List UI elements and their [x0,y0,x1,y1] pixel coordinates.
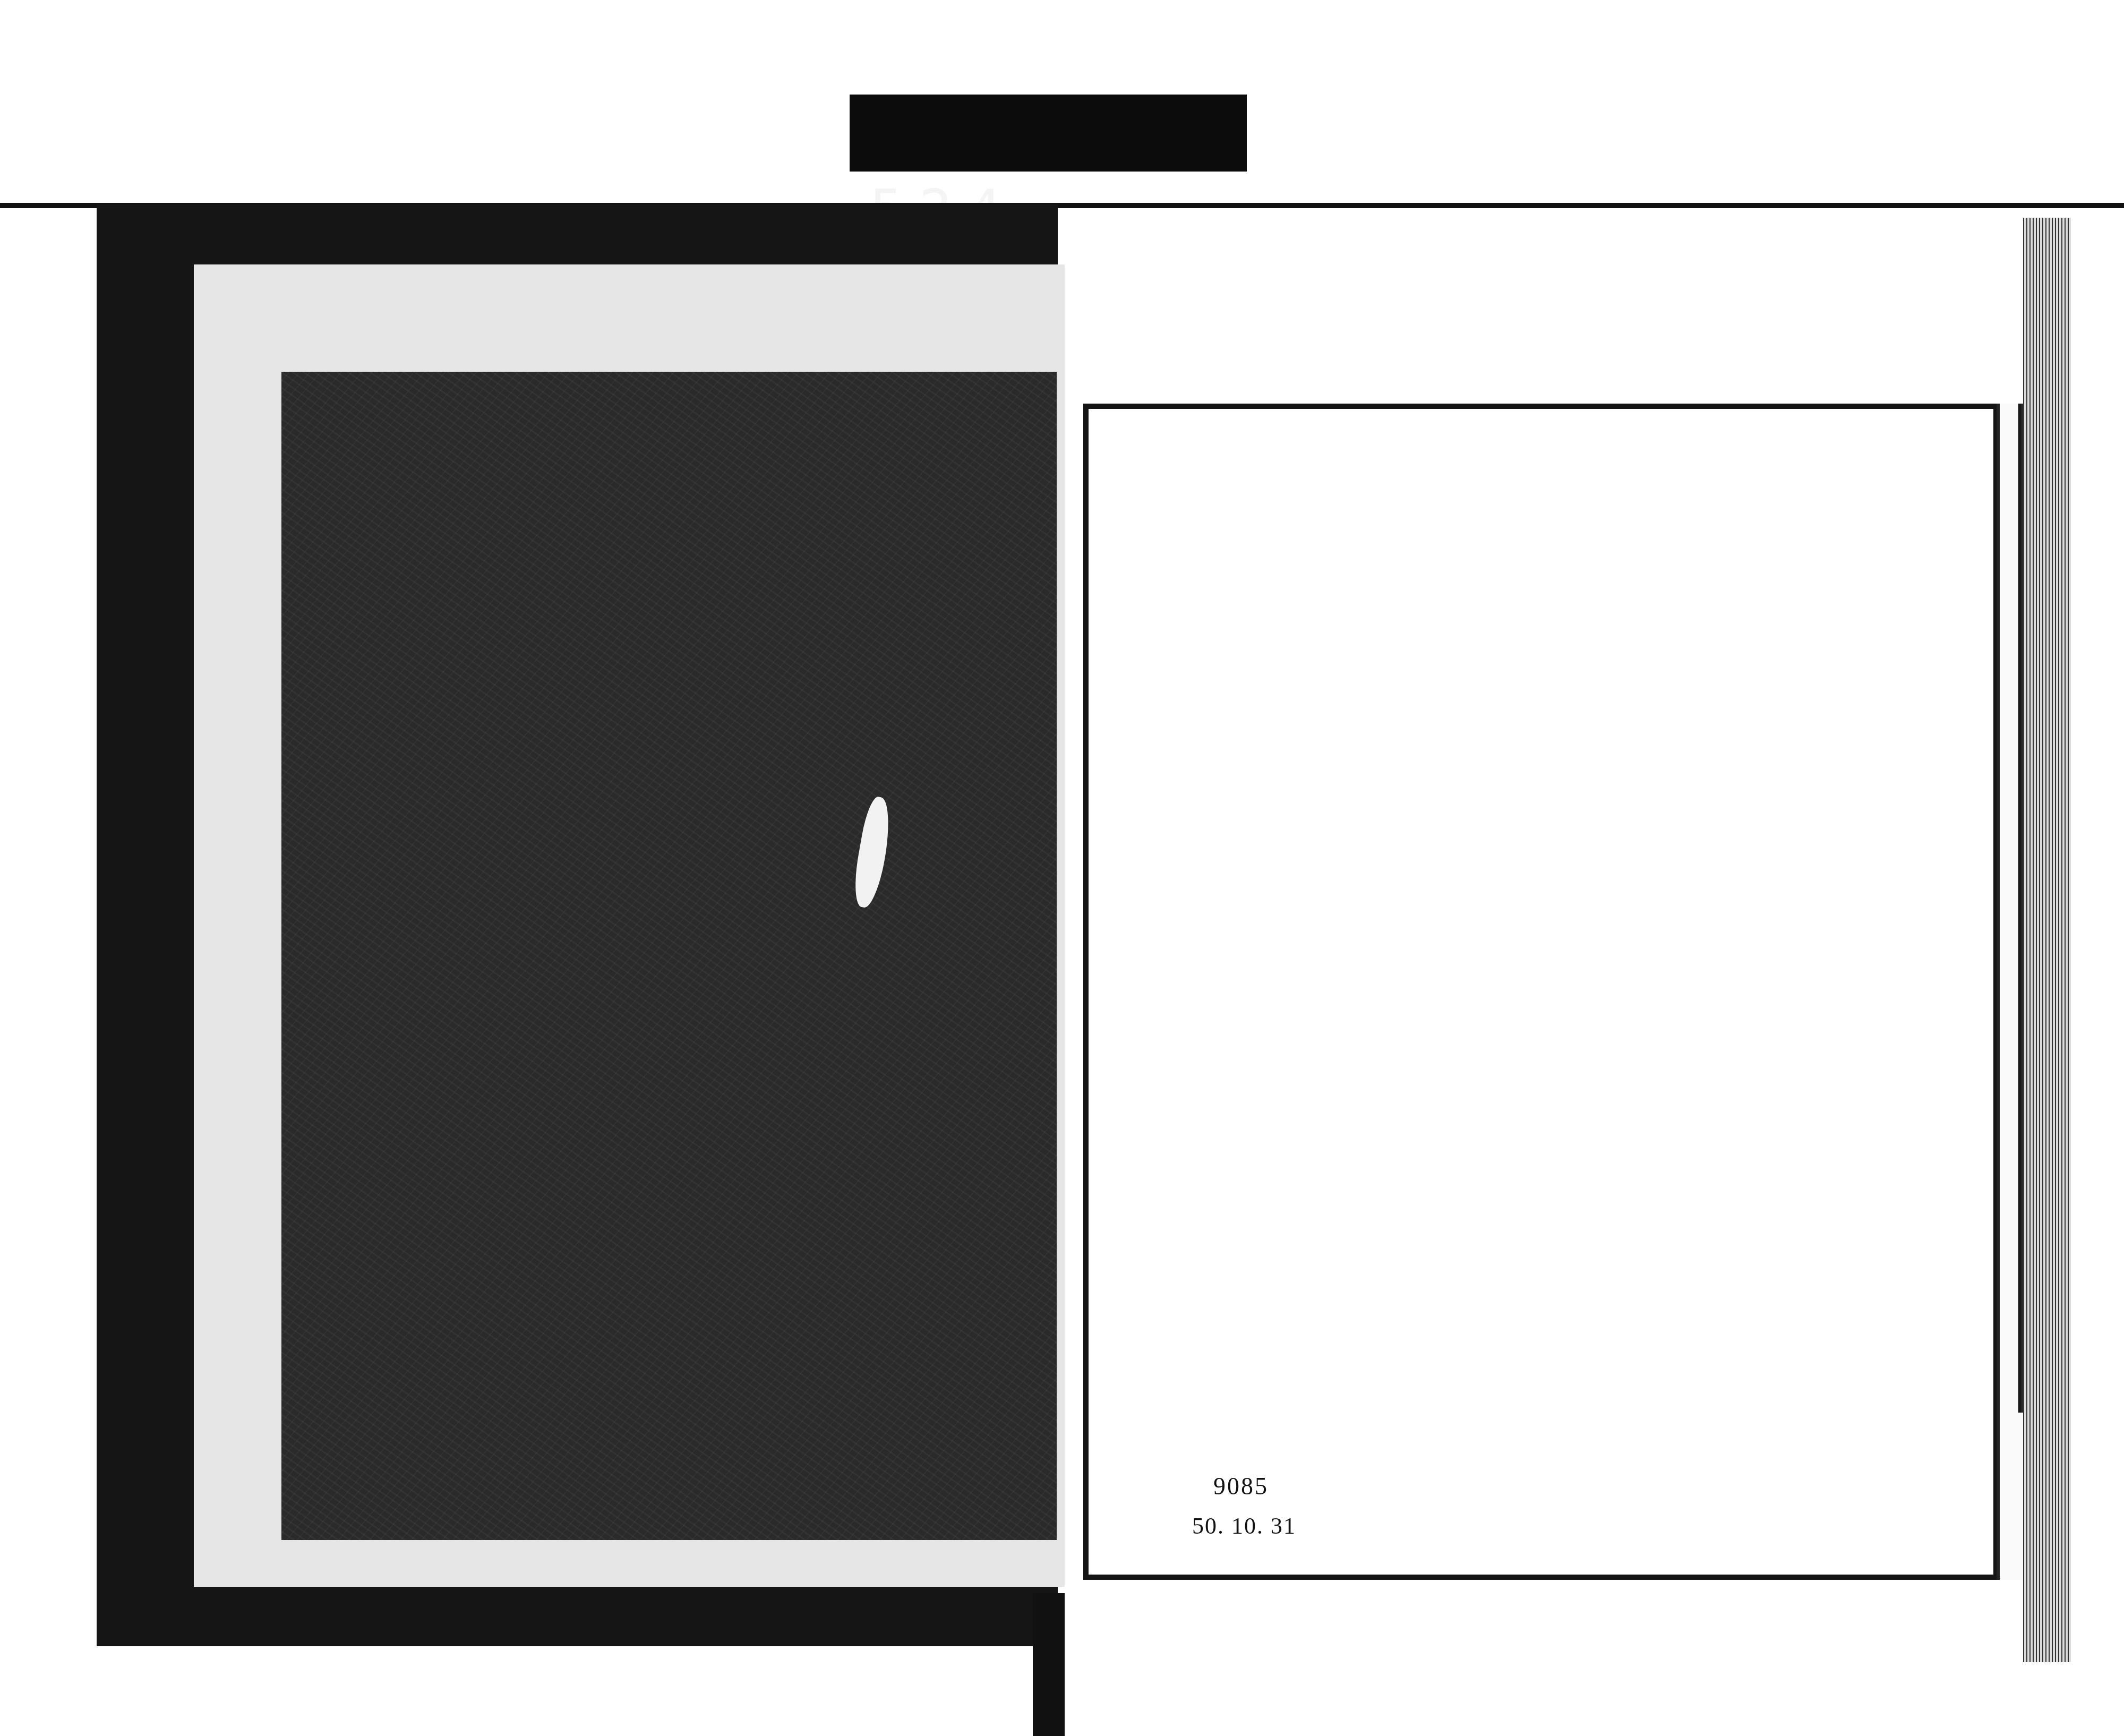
page-edges [2023,218,2071,1662]
page-border-frame [1083,404,1997,1580]
frame-counter: 524 289. [850,95,1247,172]
cover-board [281,372,1057,1540]
catalog-number: 9085 [1213,1472,1269,1500]
binding-notch [1033,1593,1065,1736]
catalog-date: 50. 10. 31 [1192,1512,1296,1540]
